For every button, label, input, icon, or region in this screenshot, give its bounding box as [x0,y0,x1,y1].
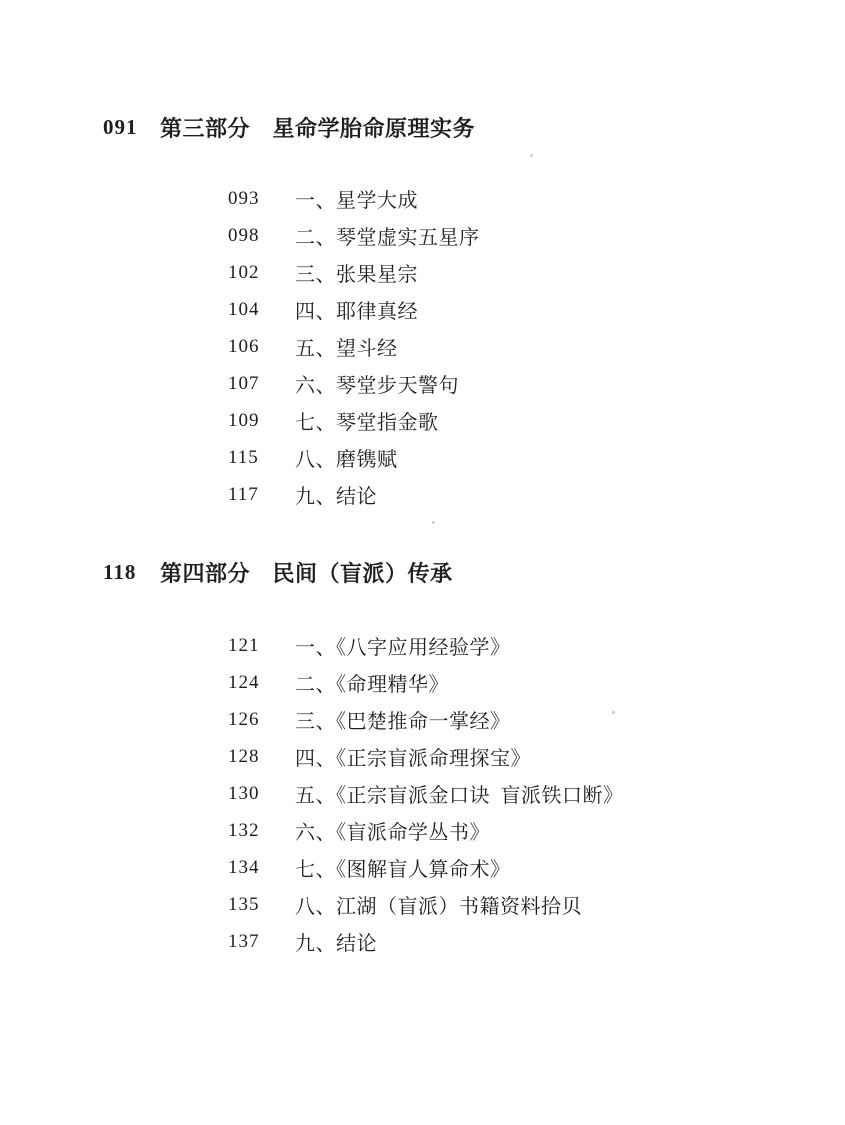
section-heading: 091 第三部分 星命学胎命原理实务 [103,113,805,141]
toc-entry-title: 八、江湖（盲派）书籍资料拾贝 [295,890,582,919]
toc-entry: 117 九、结论 [0,476,825,513]
section-title: 第三部分 星命学胎命原理实务 [160,112,475,143]
toc-entry: 124 二、《命理精华》 [0,664,825,701]
toc-entry-title: 二、《命理精华》 [295,668,449,697]
toc-entry: 107 六、琴堂步天警句 [0,365,825,402]
toc-page-number: 130 [228,783,295,805]
toc-entry: 104 四、耶律真经 [0,291,825,328]
toc-entry: 098 二、琴堂虚实五星序 [0,217,825,254]
toc-page-number: 134 [228,857,295,879]
toc-item-list: 121 一、《八字应用经验学》 124 二、《命理精华》 126 三、《巴楚推命… [0,627,825,960]
toc-entry-title: 九、结论 [295,480,377,509]
toc-page-number: 115 [228,447,295,469]
toc-page-number: 132 [228,820,295,842]
toc-entry-title: 七、琴堂指金歌 [295,406,439,435]
toc-entry-title: 九、结论 [295,927,377,956]
toc-entry: 126 三、《巴楚推命一掌经》 [0,701,825,738]
toc-entry: 130 五、《正宗盲派金口诀 盲派铁口断》 [0,775,825,812]
toc-entry: 137 九、结论 [0,923,825,960]
toc-entry: 106 五、望斗经 [0,328,825,365]
toc-entry-title: 六、琴堂步天警句 [295,369,459,398]
toc-page-number: 104 [228,299,295,321]
toc-entry-title: 二、琴堂虚实五星序 [295,221,480,250]
toc-page-number: 121 [228,635,295,657]
toc-entry-title: 三、《巴楚推命一掌经》 [295,705,511,734]
scan-speck [432,521,435,524]
toc-page-number: 117 [228,484,295,506]
toc-entry-title: 八、磨镌赋 [295,443,398,472]
toc-page-number: 124 [228,672,295,694]
section-heading: 118 第四部分 民间（盲派）传承 [103,558,805,586]
toc-entry-title: 七、《图解盲人算命术》 [295,853,511,882]
toc-entry: 093 一、星学大成 [0,180,825,217]
toc-page-number: 109 [228,410,295,432]
toc-page-number: 102 [228,262,295,284]
toc-page-number: 137 [228,931,295,953]
toc-entry: 115 八、磨镌赋 [0,439,825,476]
toc-entry: 128 四、《正宗盲派命理探宝》 [0,738,825,775]
toc-page-number: 135 [228,894,295,916]
scan-speck [612,711,615,714]
toc-entry: 132 六、《盲派命学丛书》 [0,812,825,849]
toc-page-number: 106 [228,336,295,358]
toc-entry-title: 一、《八字应用经验学》 [295,631,511,660]
toc-page-number: 107 [228,373,295,395]
toc-entry-title: 五、望斗经 [295,332,398,361]
toc-entry: 109 七、琴堂指金歌 [0,402,825,439]
toc-entry-title: 四、《正宗盲派命理探宝》 [295,742,531,771]
scan-speck [530,154,533,157]
toc-page-number: 126 [228,709,295,731]
section-page-number: 091 [103,115,160,140]
toc-page-number: 098 [228,225,295,247]
toc-entry-title: 六、《盲派命学丛书》 [295,816,490,845]
toc-item-list: 093 一、星学大成 098 二、琴堂虚实五星序 102 三、张果星宗 104 … [0,180,825,513]
toc-entry-title: 四、耶律真经 [295,295,418,324]
section-page-number: 118 [103,560,160,585]
toc-entry-title: 五、《正宗盲派金口诀 盲派铁口断》 [295,779,624,808]
toc-entry: 102 三、张果星宗 [0,254,825,291]
toc-entry-title: 一、星学大成 [295,184,418,213]
toc-page-number: 093 [228,188,295,210]
toc-page-number: 128 [228,746,295,768]
toc-entry: 121 一、《八字应用经验学》 [0,627,825,664]
toc-page: 091 第三部分 星命学胎命原理实务 093 一、星学大成 098 二、琴堂虚实… [0,0,845,1125]
section-title: 第四部分 民间（盲派）传承 [160,557,453,588]
toc-entry: 134 七、《图解盲人算命术》 [0,849,825,886]
toc-entry: 135 八、江湖（盲派）书籍资料拾贝 [0,886,825,923]
toc-entry-title: 三、张果星宗 [295,258,418,287]
